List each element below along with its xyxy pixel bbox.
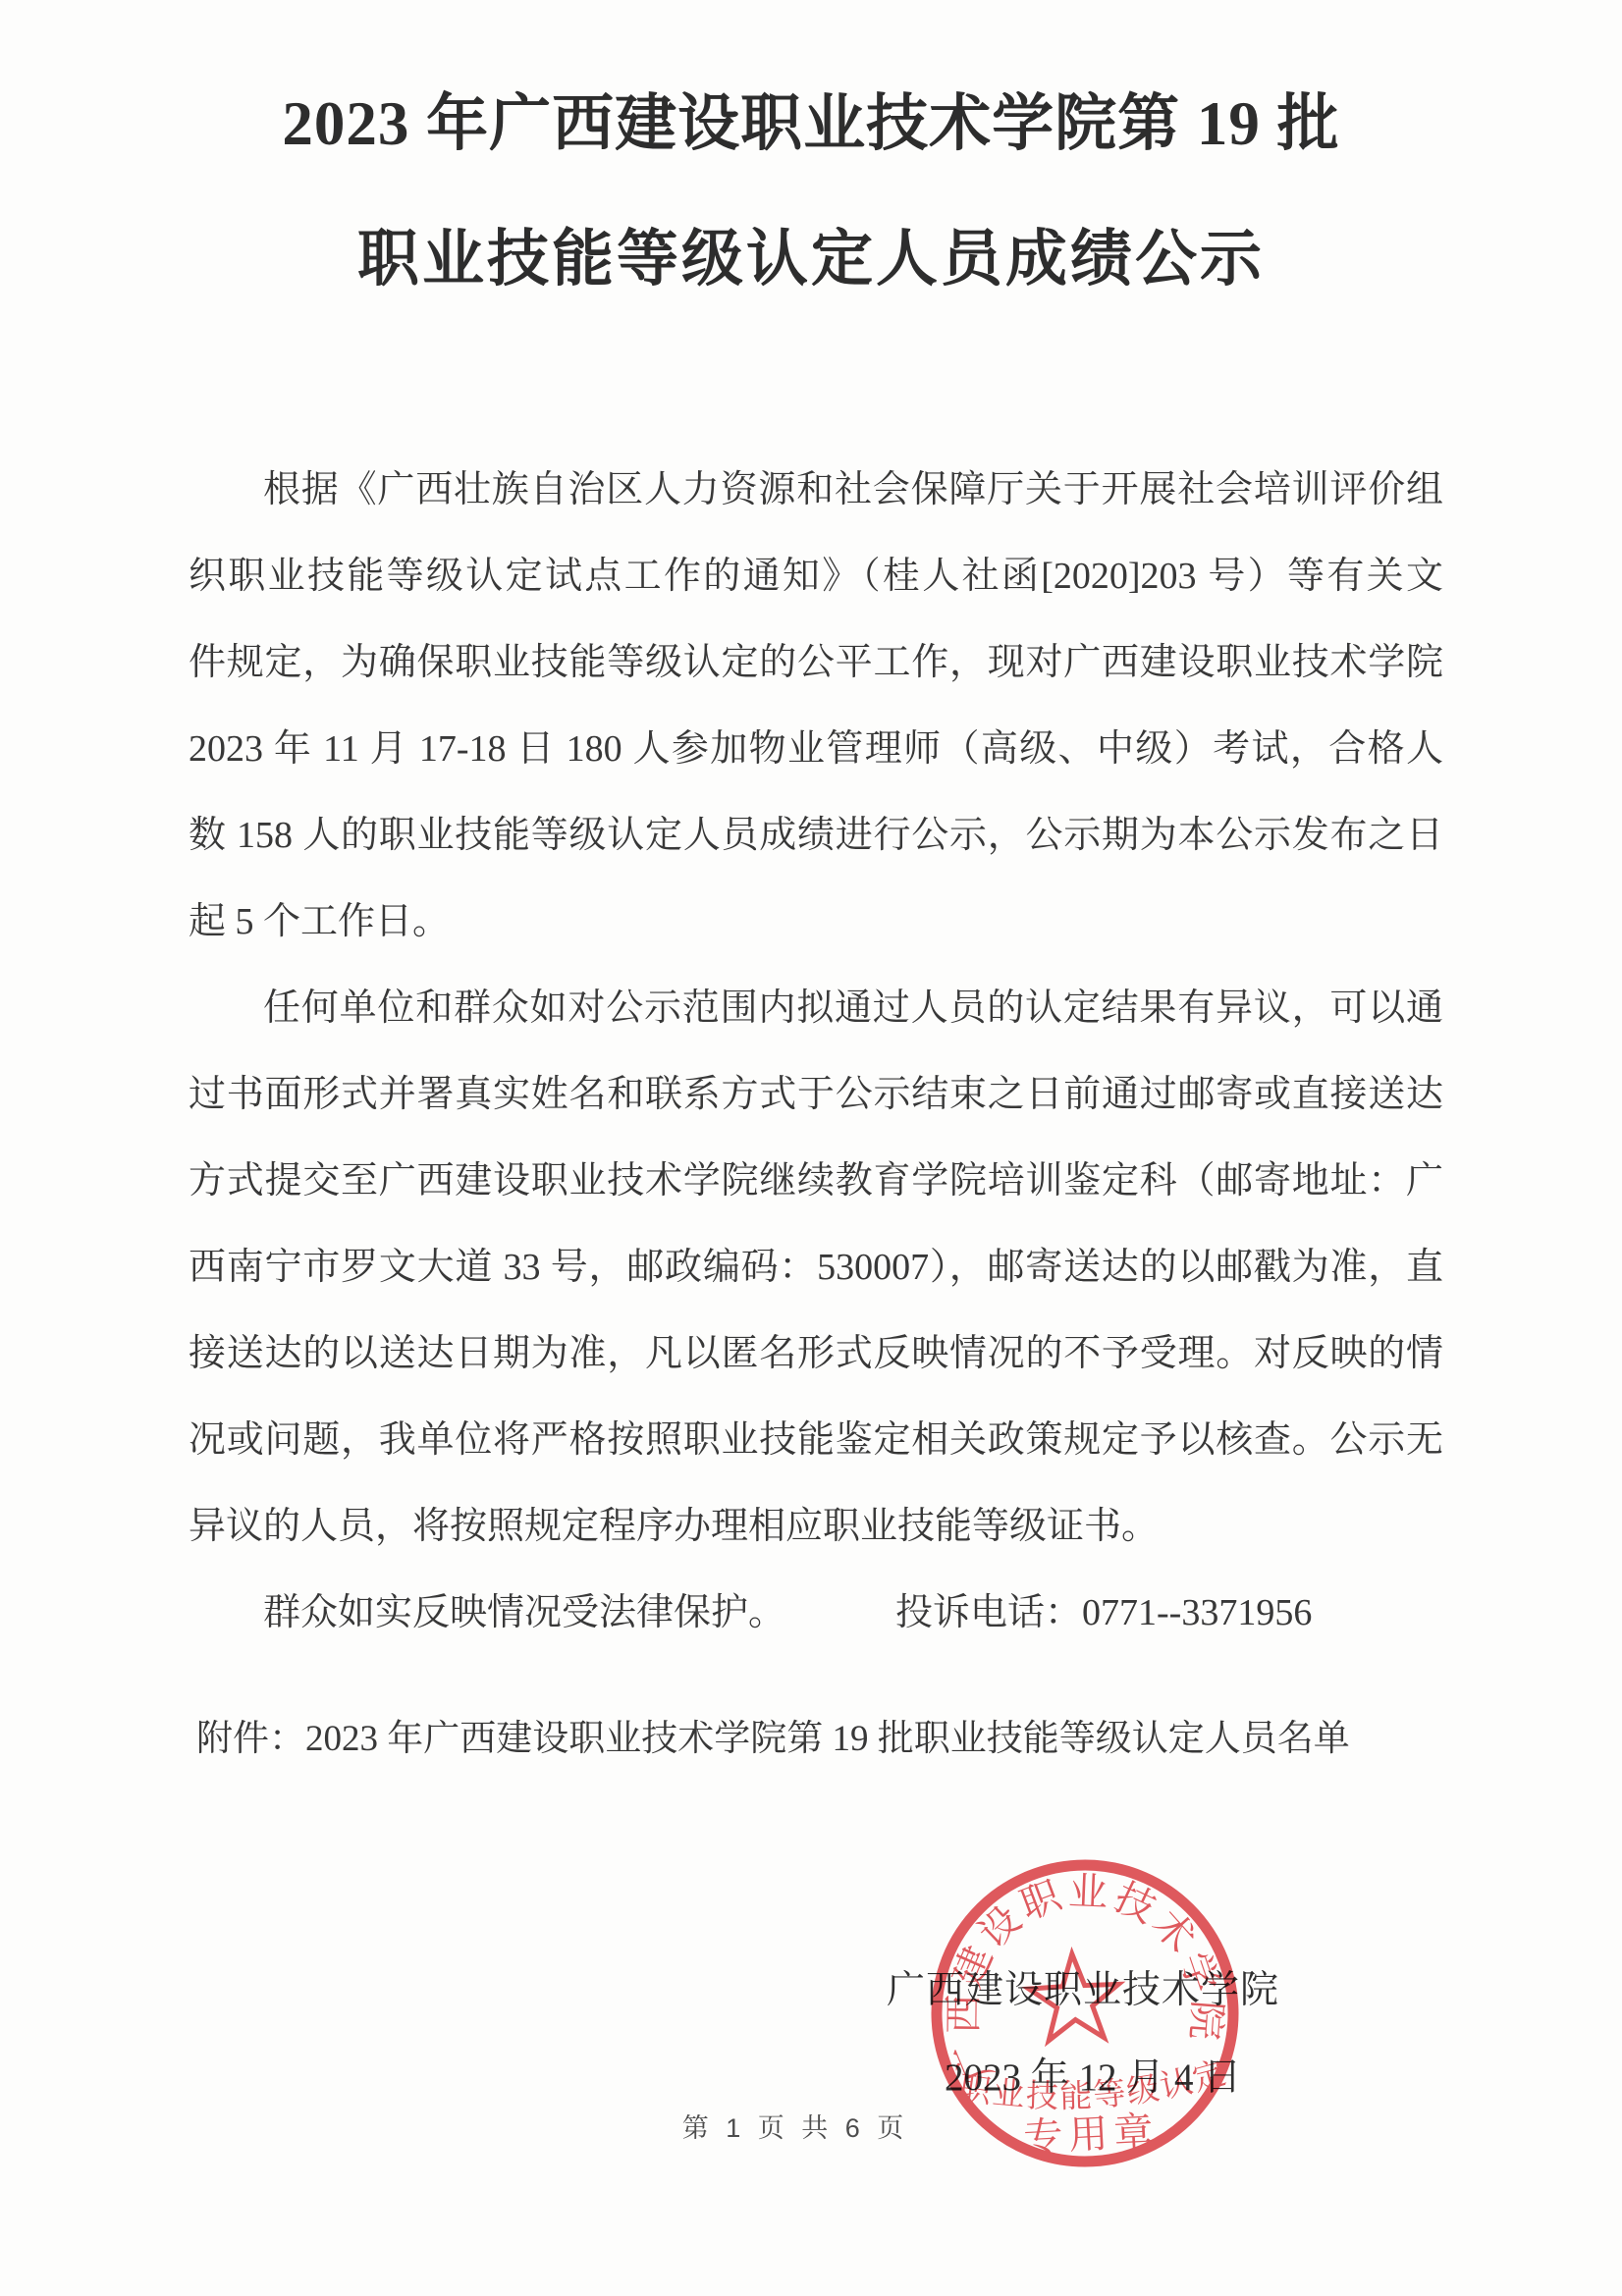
paragraph1-line6: 起 5 个工作日。	[189, 879, 1443, 965]
official-seal: 广西建设职业技术学院 职业技能等级认定 专用章	[915, 1843, 1256, 2184]
seal-bottom-text: 专用章	[1022, 2109, 1160, 2160]
document-title-line2: 职业技能等级认定人员成绩公示	[0, 222, 1622, 296]
paragraph2-line3: 方式提交至广西建设职业技术学院继续教育学院培训鉴定科（邮寄地址：广	[189, 1138, 1443, 1224]
seal-star-icon	[1027, 1951, 1121, 2041]
paragraph1-line1: 根据《广西壮族自治区人力资源和社会保障厅关于开展社会培训评价组	[189, 447, 1443, 533]
document-title-line1: 2023 年广西建设职业技术学院第 19 批	[0, 86, 1622, 161]
paragraph1-line4: 2023 年 11 月 17-18 日 180 人参加物业管理师（高级、中级）考…	[189, 706, 1443, 792]
document-page: 2023 年广西建设职业技术学院第 19 批 职业技能等级认定人员成绩公示 根据…	[0, 0, 1622, 2296]
paragraph2-line7: 异议的人员，将按照规定程序办理相应职业技能等级证书。	[189, 1483, 1443, 1570]
document-body: 根据《广西壮族自治区人力资源和社会保障厅关于开展社会培训评价组 织职业技能等级认…	[189, 447, 1443, 1656]
legal-protection-text: 群众如实反映情况受法律保护。	[263, 1592, 785, 1633]
paragraph1-line3: 件规定，为确保职业技能等级认定的公平工作，现对广西建设职业技术学院	[189, 619, 1443, 706]
seal-ring-text: 广西建设职业技术学院	[933, 1861, 1233, 2089]
attachment-note: 附件：2023 年广西建设职业技术学院第 19 批职业技能等级认定人员名单	[196, 1710, 1532, 1769]
complaint-phone-text: 投诉电话：0771--3371956	[895, 1592, 1312, 1633]
page-number: 第 1 页 共 6 页	[648, 2107, 943, 2145]
paragraph1-line5: 数 158 人的职业技能等级认定人员成绩进行公示，公示期为本公示发布之日	[189, 792, 1443, 879]
paragraph1-line2: 织职业技能等级认定试点工作的通知》（桂人社函[2020]203 号）等有关文	[189, 533, 1443, 619]
paragraph2-line2: 过书面形式并署真实姓名和联系方式于公示结束之日前通过邮寄或直接送达	[189, 1051, 1443, 1138]
paragraph2-line5: 接送达的以送达日期为准，凡以匿名形式反映情况的不予受理。对反映的情	[189, 1310, 1443, 1397]
paragraph2-line6: 况或问题，我单位将严格按照职业技能鉴定相关政策规定予以核查。公示无	[189, 1397, 1443, 1483]
paragraph3-line: 群众如实反映情况受法律保护。投诉电话：0771--3371956	[189, 1570, 1443, 1656]
paragraph2-line4: 西南宁市罗文大道 33 号，邮政编码：530007），邮寄送达的以邮戳为准，直	[189, 1224, 1443, 1310]
paragraph2-line1: 任何单位和群众如对公示范围内拟通过人员的认定结果有异议，可以通	[189, 965, 1443, 1051]
